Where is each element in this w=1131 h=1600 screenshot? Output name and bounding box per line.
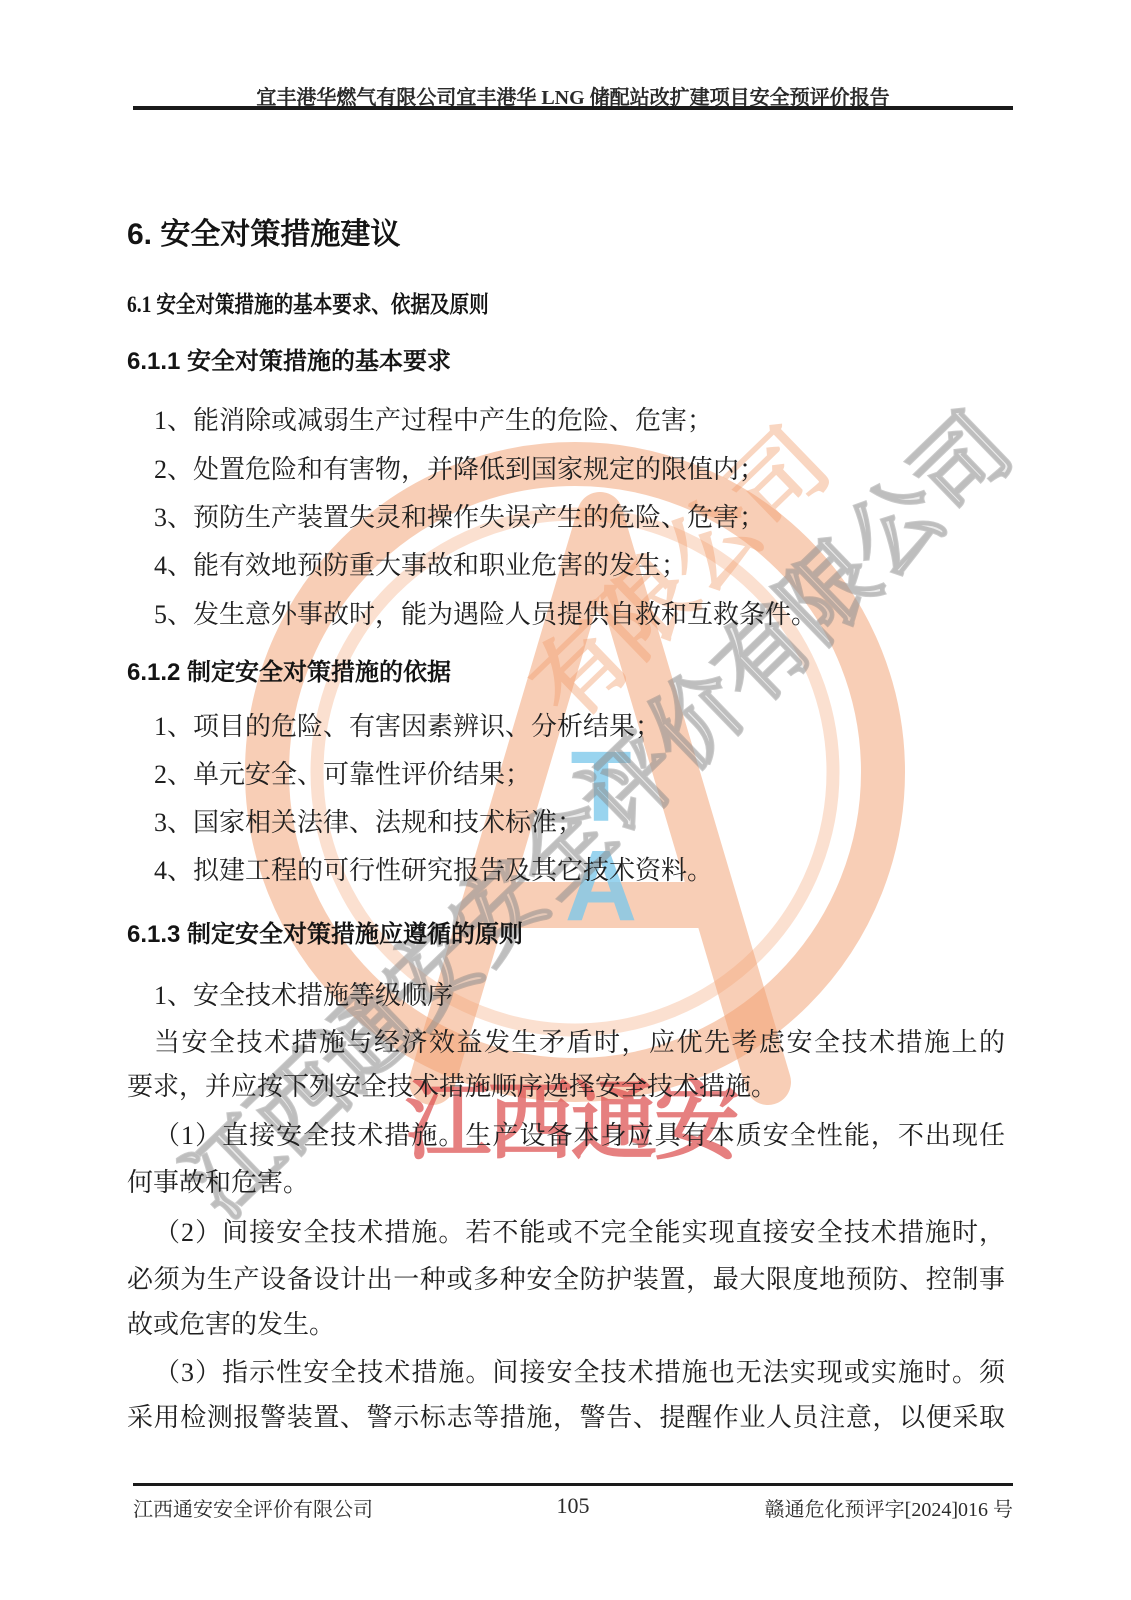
doc-line: 2、单元安全、可靠性评价结果； bbox=[127, 760, 1005, 789]
doc-line: （1）直接安全技术措施。生产设备本身应具有本质安全性能，不出现任 bbox=[127, 1121, 1005, 1150]
doc-line: 3、预防生产装置失灵和操作失误产生的危险、危害； bbox=[127, 503, 1005, 532]
header-rule bbox=[133, 106, 1013, 110]
doc-heading-h3: 6.1.3 制定安全对策措施应遵循的原则 bbox=[127, 922, 1005, 949]
doc-line: 故或危害的发生。 bbox=[127, 1310, 1005, 1339]
doc-heading-h3: 6.1.1 安全对策措施的基本要求 bbox=[127, 349, 1005, 376]
doc-heading-h2: 6.1 安全对策措施的基本要求、依据及原则 bbox=[127, 292, 873, 318]
doc-line: 要求，并应按下列安全技术措施顺序选择安全技术措施。 bbox=[127, 1072, 1005, 1101]
doc-line: （3）指示性安全技术措施。间接安全技术措施也无法实现或实施时。须 bbox=[127, 1358, 1005, 1387]
doc-line: 何事故和危害。 bbox=[127, 1168, 1005, 1197]
doc-heading-h1: 6. 安全对策措施建议 bbox=[127, 218, 1005, 252]
doc-line: 2、处置危险和有害物，并降低到国家规定的限值内； bbox=[127, 455, 1005, 484]
doc-line: （2）间接安全技术措施。若不能或不完全能实现直接安全技术措施时， bbox=[127, 1218, 1005, 1247]
doc-heading-h3: 6.1.2 制定安全对策措施的依据 bbox=[127, 660, 1005, 687]
doc-line: 4、拟建工程的可行性研究报告及其它技术资料。 bbox=[127, 856, 1005, 885]
doc-line: 必须为生产设备设计出一种或多种安全防护装置，最大限度地预防、控制事 bbox=[127, 1265, 1005, 1294]
doc-line: 4、能有效地预防重大事故和职业危害的发生； bbox=[127, 551, 1005, 580]
doc-line: 1、安全技术措施等级顺序 bbox=[127, 981, 1005, 1010]
doc-line: 3、国家相关法律、法规和技术标准； bbox=[127, 808, 1005, 837]
report-page: 宜丰港华燃气有限公司宜丰港华 LNG 储配站改扩建项目安全预评价报告 6. 安全… bbox=[0, 0, 1131, 1600]
footer-doc-number: 赣通危化预评字[2024]016 号 bbox=[133, 1493, 1013, 1522]
footer-rule bbox=[133, 1483, 1013, 1486]
doc-line: 5、发生意外事故时，能为遇险人员提供自救和互救条件。 bbox=[127, 600, 1005, 629]
doc-line: 采用检测报警装置、警示标志等措施，警告、提醒作业人员注意，以便采取 bbox=[127, 1403, 1005, 1432]
doc-line: 1、项目的危险、有害因素辨识、分析结果； bbox=[127, 712, 1005, 741]
doc-line: 1、能消除或减弱生产过程中产生的危险、危害； bbox=[127, 406, 1005, 435]
doc-line: 当安全技术措施与经济效益发生矛盾时，应优先考虑安全技术措施上的 bbox=[127, 1028, 1005, 1057]
